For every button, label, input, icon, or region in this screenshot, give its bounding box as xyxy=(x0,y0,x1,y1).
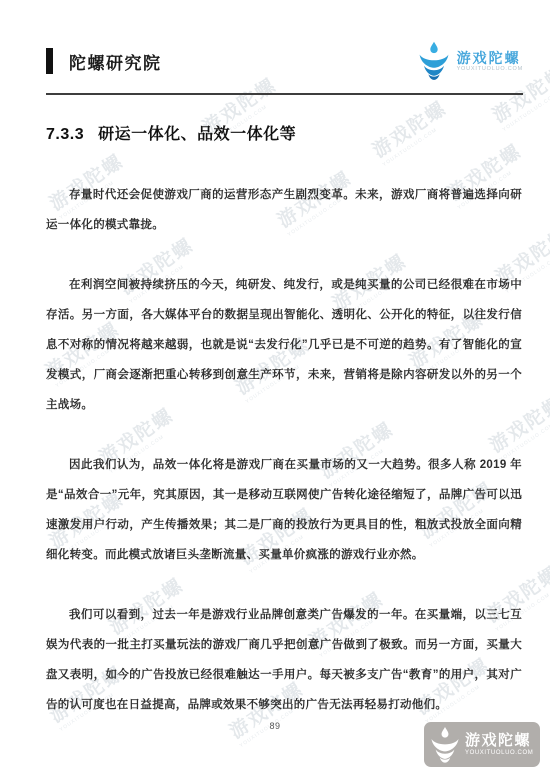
page-header: 陀螺研究院 游戏陀螺 YOUXITUOLUO.COM xyxy=(46,0,523,95)
section-number: 7.3.3 xyxy=(46,126,84,143)
corner-brand-badge: 游戏陀螺 YOUXITUOLUO.COM xyxy=(424,722,540,767)
spinner-top-icon xyxy=(418,40,450,82)
page-content: 7.3.3研运一体化、品效一体化等 存量时代还会促使游戏厂商的运营形态产生剧烈变… xyxy=(0,121,550,720)
paragraph: 存量时代还会促使游戏厂商的运营形态产生剧烈变革。未来，游戏厂商将普遍选择向研运一… xyxy=(46,180,522,240)
institute-title: 陀螺研究院 xyxy=(69,49,162,74)
paragraph: 因此我们认为，品效一体化将是游戏厂商在买量市场的又一大趋势。很多人称 2019 … xyxy=(46,450,522,570)
paragraph: 我们可以看到，过去一年是游戏行业品牌创意类广告爆发的一年。在买量端，以三七互娱为… xyxy=(46,600,522,720)
brand-logo: 游戏陀螺 YOUXITUOLUO.COM xyxy=(418,40,523,82)
brand-url: YOUXITUOLUO.COM xyxy=(457,66,523,73)
section-title: 7.3.3研运一体化、品效一体化等 xyxy=(46,121,522,144)
brand-text: 游戏陀螺 YOUXITUOLUO.COM xyxy=(457,50,523,73)
paragraph: 在利润空间被持续挤压的今天，纯研发、纯发行，或是纯买量的公司已经很难在市场中存活… xyxy=(46,270,522,420)
document-page: 游戏陀螺YOUXITUOLUO.COM游戏陀螺YOUXITUOLUO.COM游戏… xyxy=(0,0,550,777)
spinner-top-icon xyxy=(430,726,460,764)
section-title-text: 研运一体化、品效一体化等 xyxy=(98,126,296,143)
brand-name: 游戏陀螺 xyxy=(457,50,523,66)
badge-brand-name: 游戏陀螺 xyxy=(465,732,533,749)
header-accent-bar xyxy=(46,48,53,74)
badge-brand-url: YOUXITUOLUO.COM xyxy=(465,749,533,757)
badge-text: 游戏陀螺 YOUXITUOLUO.COM xyxy=(465,732,533,757)
